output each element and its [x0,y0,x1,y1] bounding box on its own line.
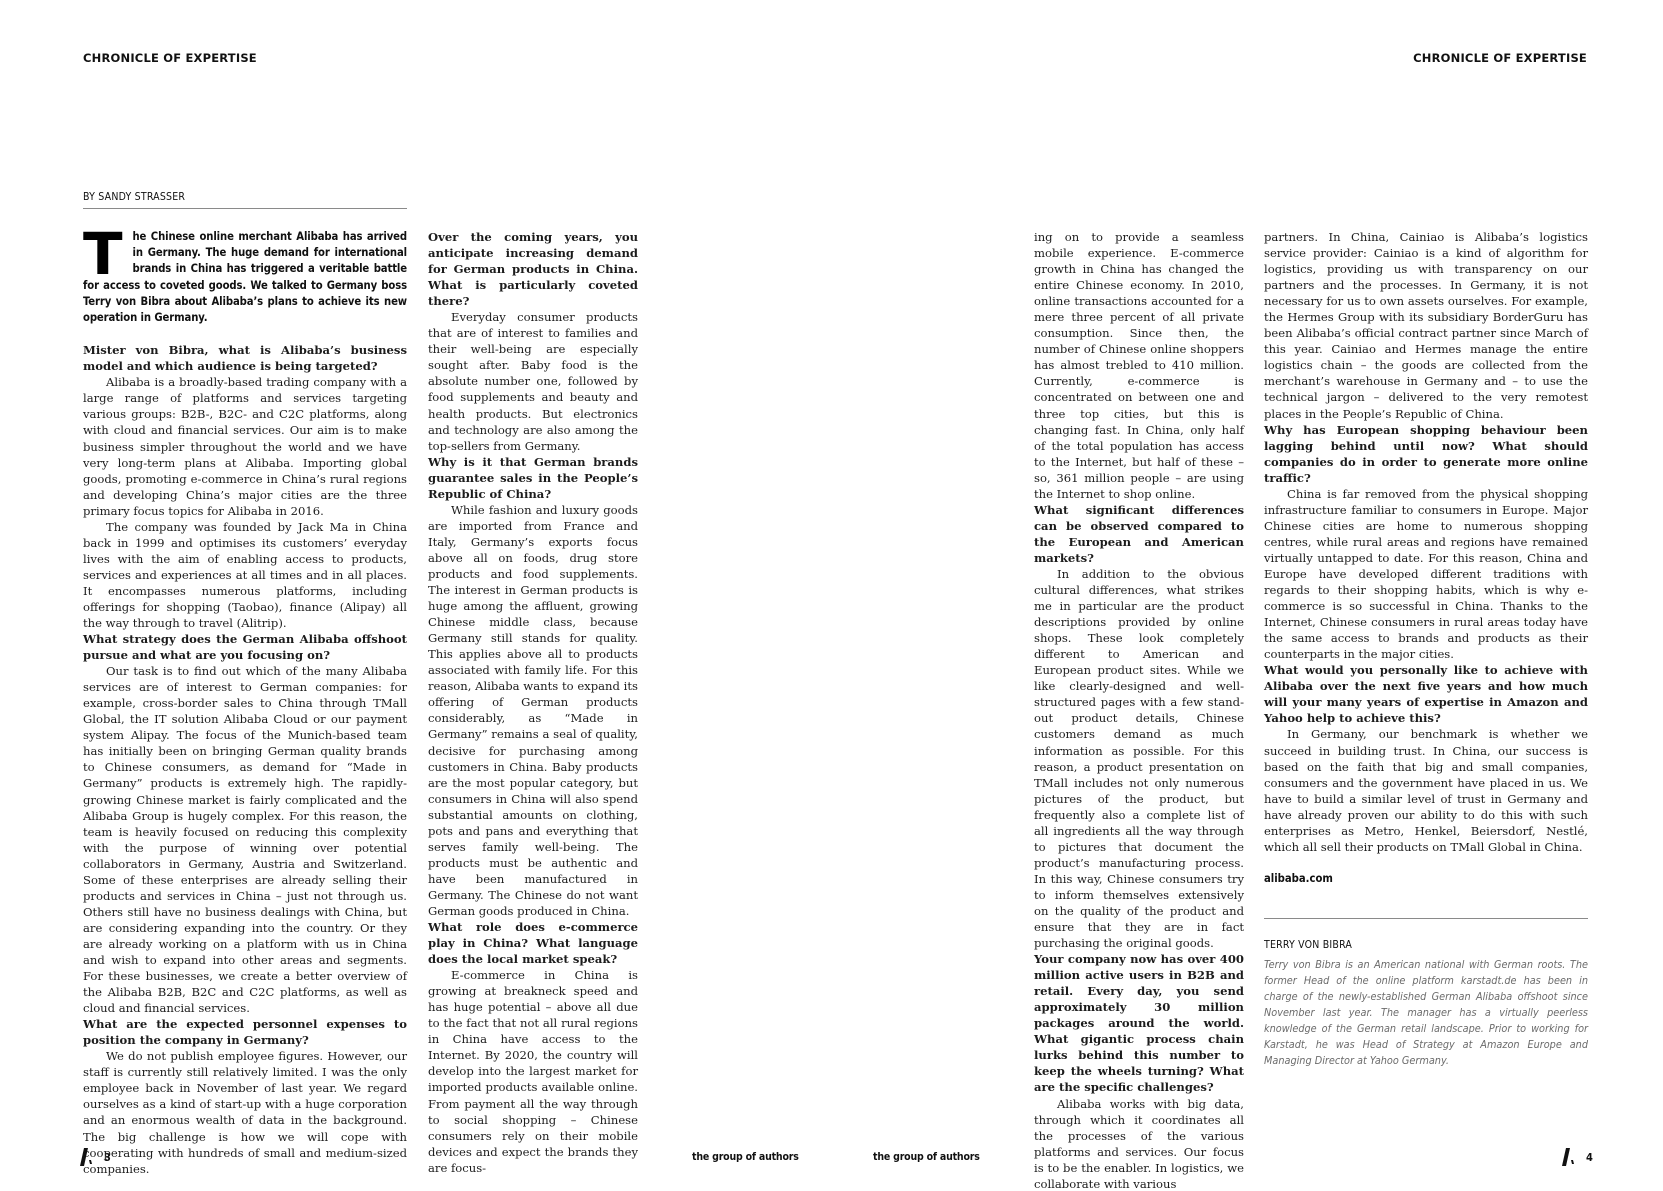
answer-continued: partners. In China, Cainiao is Alibaba’s… [1264,229,1588,422]
interview-answer: The company was founded by Jack Ma in Ch… [83,519,407,631]
magazine-spread: CHRONICLE OF EXPERTISE CHRONICLE OF EXPE… [0,0,1663,1191]
article-column-3: ing on to provide a seamless mobile expe… [1034,229,1244,1191]
running-head-left: CHRONICLE OF EXPERTISE [83,51,257,65]
article-column-4: partners. In China, Cainiao is Alibaba’s… [1264,229,1588,887]
page-number-right: 4 [1586,1151,1593,1164]
slash-a-logo-icon [80,1148,94,1166]
interview-question: What are the expected personnel expenses… [83,1016,407,1048]
interview-answer: Alibaba works with big data, through whi… [1034,1096,1244,1191]
running-head-right: CHRONICLE OF EXPERTISE [1413,51,1587,65]
column-body: Over the coming years, you anticipate in… [428,229,638,1176]
interview-answer: We do not publish employee figures. Howe… [83,1048,407,1176]
interview-question: Why is it that German brands guarantee s… [428,454,638,502]
interview-answer: While fashion and luxury goods are impor… [428,502,638,919]
interview-answer: Our task is to find out which of the man… [83,663,407,1016]
interview-answer: Alibaba is a broadly-based trading compa… [83,374,407,518]
intro-text: he Chinese online merchant Alibaba has a… [83,230,407,324]
footer-credit-right: the group of authors [873,1151,980,1163]
interview-question: What significant differences can be obse… [1034,502,1244,566]
bio-name: TERRY VON BIBRA [1264,939,1588,951]
interview-question: Mister von Bibra, what is Alibaba’s busi… [83,342,407,374]
article-intro: The Chinese online merchant Alibaba has … [83,229,407,326]
interview-question: What strategy does the German Alibaba of… [83,631,407,663]
article-column-1: The Chinese online merchant Alibaba has … [83,229,407,1177]
answer-continued: ing on to provide a seamless mobile expe… [1034,229,1244,502]
drop-cap: T [83,231,122,277]
author-bio-box: TERRY VON BIBRA Terry von Bibra is an Am… [1264,918,1588,1069]
byline: BY SANDY STRASSER [83,191,407,209]
interview-question: Your company now has over 400 million ac… [1034,951,1244,1095]
slash-a-logo-icon [1562,1148,1576,1166]
interview-answer: In addition to the obvious cultural diff… [1034,566,1244,951]
folio-right: 4 [1562,1148,1593,1166]
interview-question: Why has European shopping behaviour been… [1264,422,1588,486]
interview-question: What would you personally like to achiev… [1264,662,1588,726]
bio-text: Terry von Bibra is an American national … [1264,957,1588,1069]
column-body: partners. In China, Cainiao is Alibaba’s… [1264,229,1588,855]
column-body: ing on to provide a seamless mobile expe… [1034,229,1244,1191]
interview-question: Over the coming years, you anticipate in… [428,229,638,309]
interview-answer: Everyday consumer products that are of i… [428,309,638,453]
footer-credit-left: the group of authors [692,1151,799,1163]
interview-answer: E-commerce in China is growing at breakn… [428,967,638,1176]
page-number-left: 3 [104,1151,111,1164]
article-column-2: Over the coming years, you anticipate in… [428,229,638,1176]
interview-answer: In Germany, our benchmark is whether we … [1264,726,1588,854]
interview-answer: China is far removed from the physical s… [1264,486,1588,663]
source-link[interactable]: alibaba.com [1264,871,1588,887]
column-body: Mister von Bibra, what is Alibaba’s busi… [83,342,407,1176]
interview-question: What role does e-commerce play in China?… [428,919,638,967]
folio-left: 3 [80,1148,111,1166]
